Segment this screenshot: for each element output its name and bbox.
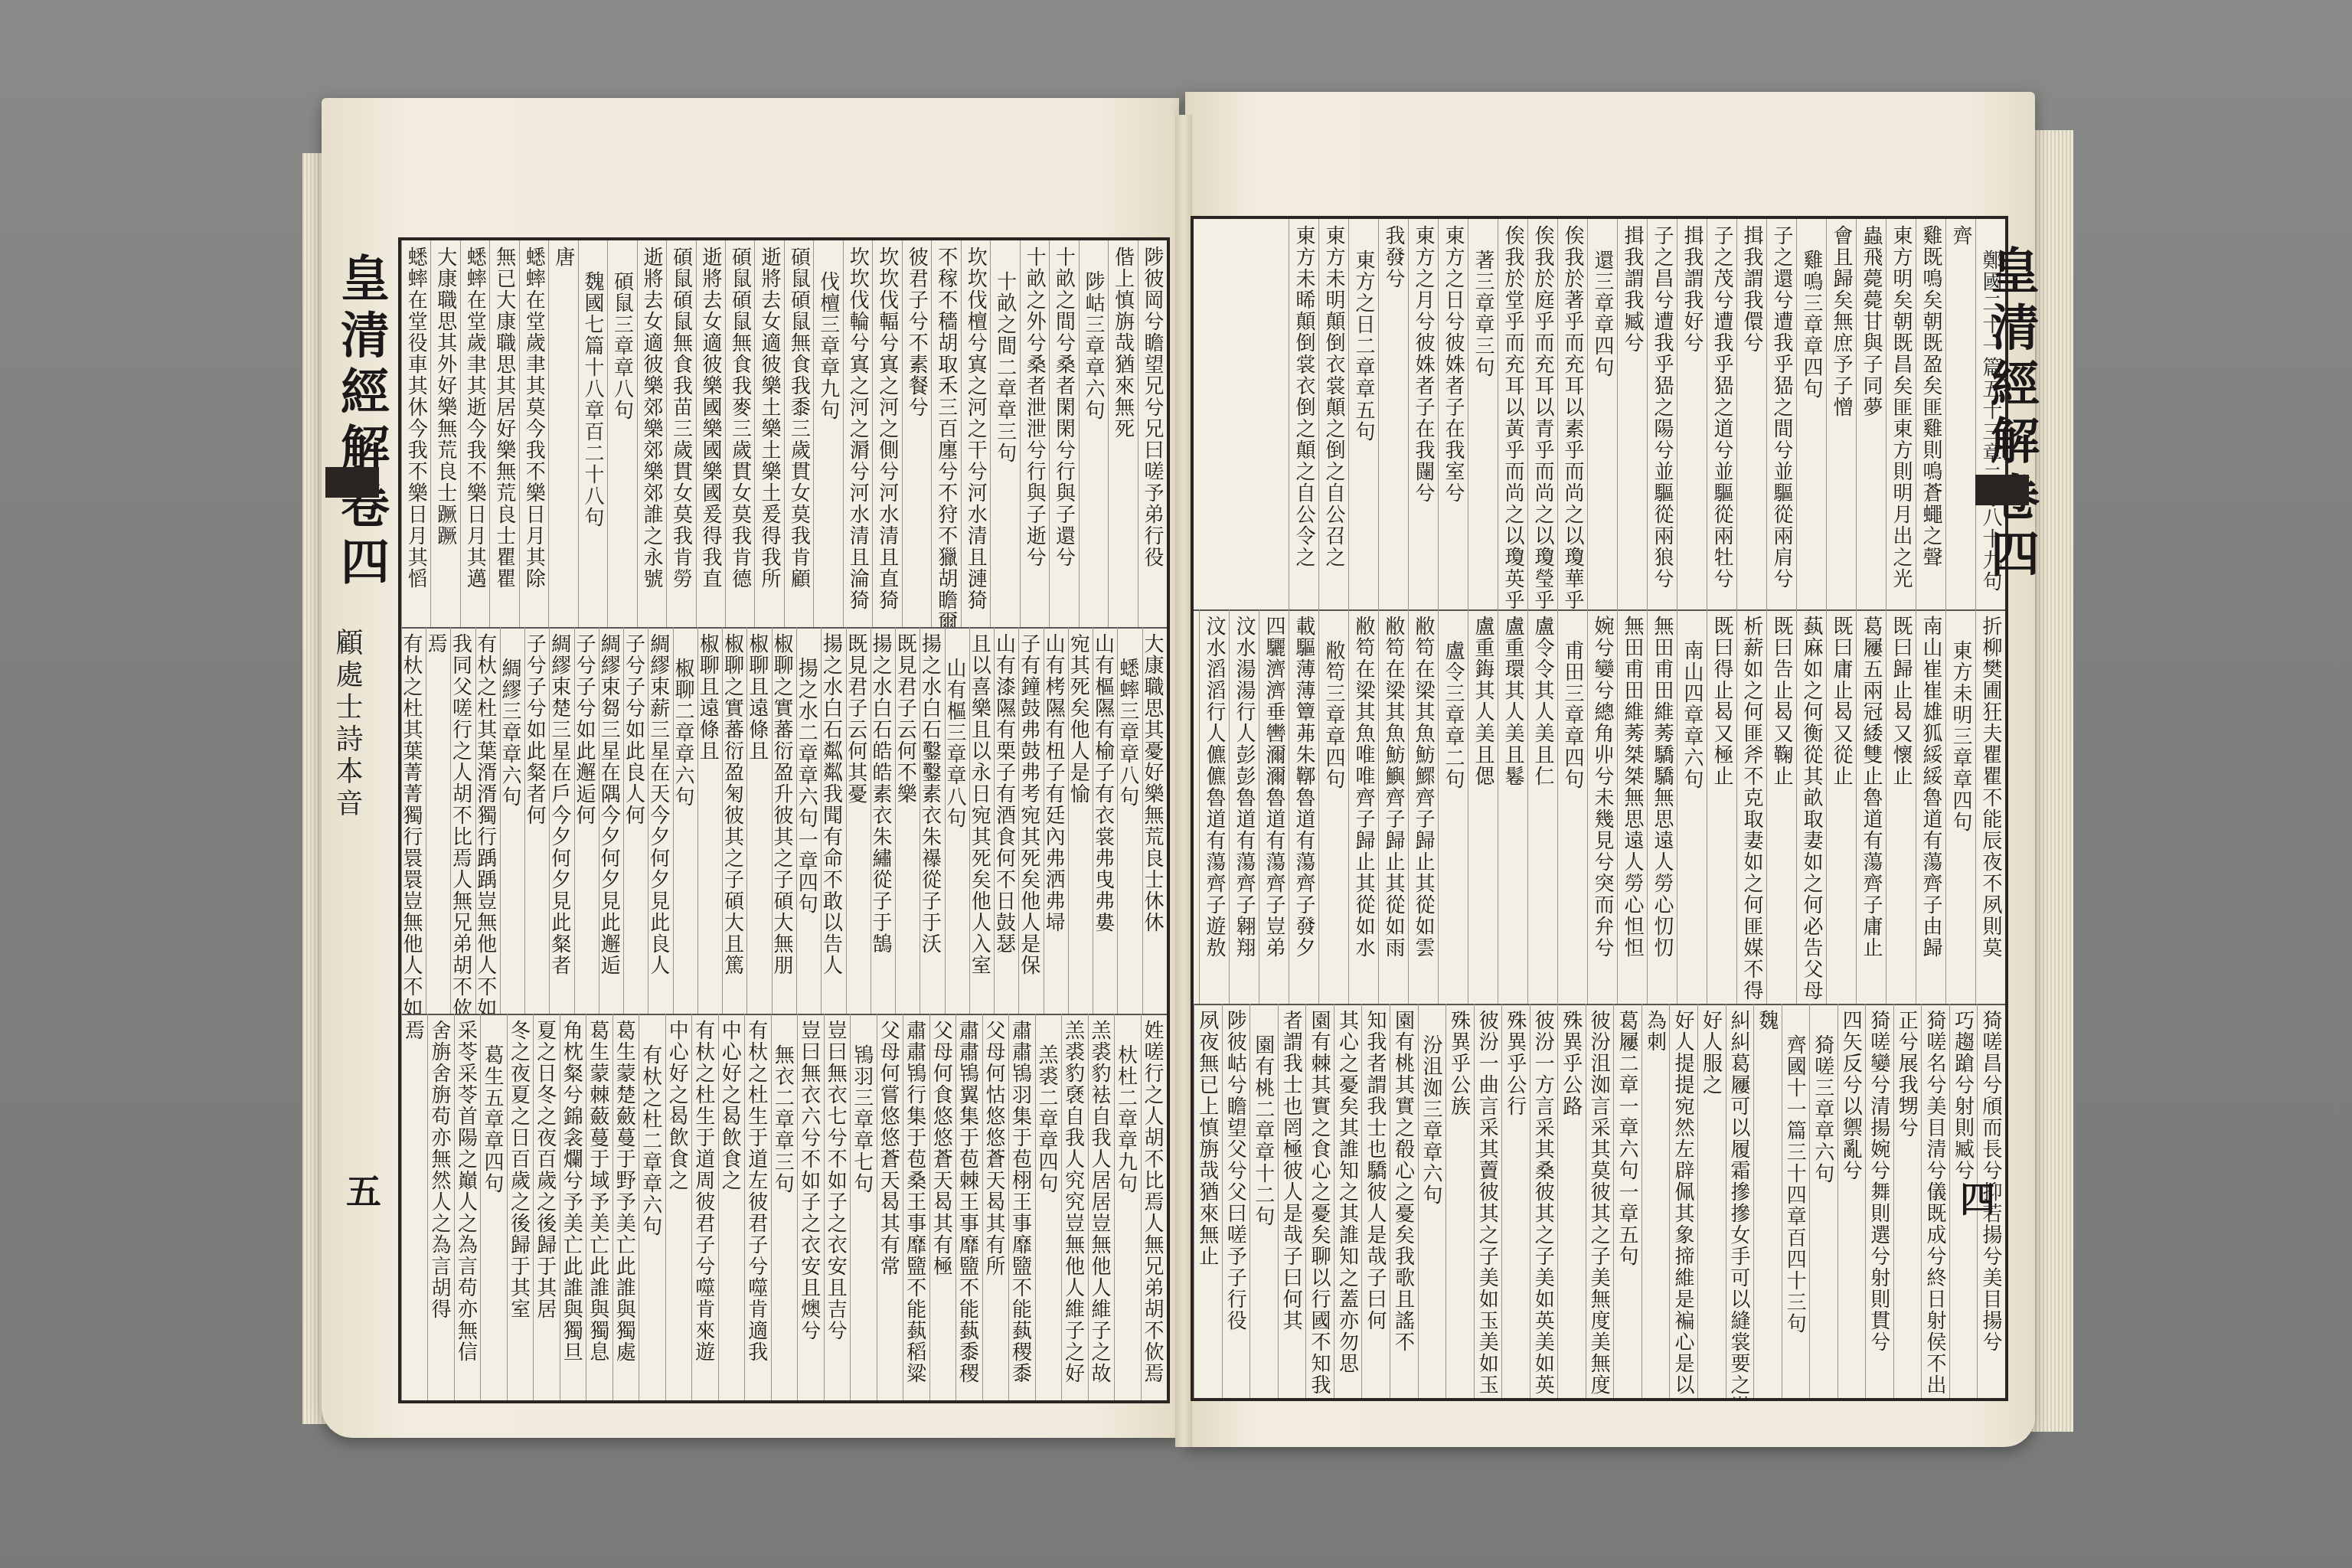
text-column: 山有栲隰有杻子有廷內弗洒弗埽: [1044, 627, 1068, 1014]
page-number-left: 五: [346, 1164, 381, 1214]
text-column: 有杕之杜其葉菁菁獨行睘睘豈無他人不如我同: [401, 627, 426, 1014]
text-column: 山有漆隰有栗子有酒食何不日鼓瑟: [994, 627, 1018, 1014]
text-column: 中心好之曷飲食之: [665, 1014, 691, 1400]
text-column: 父母何怙悠悠蒼天曷其有所: [982, 1014, 1008, 1400]
text-column: 知我者謂我士也驕彼人是哉子曰何: [1361, 1004, 1390, 1398]
text-column: 既曰得止曷又極止: [1707, 609, 1736, 1004]
text-column: 東方之日兮彼姝者子在我室兮: [1438, 219, 1468, 609]
text-column: 宛其死矣他人是愉: [1068, 627, 1093, 1014]
text-column: 揚之水二章章六句一章四句: [796, 627, 821, 1014]
text-column: 不稼不穡胡取禾三百廛兮不狩不獵胡瞻爾庭有縣貆兮: [931, 240, 960, 627]
text-column: 盧重鋂其人美且偲: [1468, 609, 1498, 1004]
text-column: 敝笱在梁其魚魴鱮齊子歸止其從如雨: [1378, 609, 1408, 1004]
text-column: 椒聊且遠條且: [697, 627, 722, 1014]
text-column: 俟我於堂乎而充耳以黃乎而尚之以瓊英乎而: [1498, 219, 1527, 609]
text-column: 葛生蒙棘蘞蔓于域予美亡此誰與獨息: [586, 1014, 612, 1400]
text-column: 猗嗟孌兮清揚婉兮舞則選兮射則貫兮: [1865, 1004, 1893, 1398]
text-column: 子有鐘鼓弗鼓弗考宛其死矣他人是保: [1018, 627, 1043, 1014]
text-column: 甫田三章章四句: [1557, 609, 1587, 1004]
text-column: 揚之水白石皓皓素衣朱繡從子于鵠: [871, 627, 895, 1014]
text-column: 糾糾葛屨可以履霜摻摻女手可以縫裳要之襋之: [1726, 1004, 1754, 1398]
text-column: 伐檀三章章九句: [813, 240, 842, 627]
text-column: 東方未明顛倒衣裳顛之倒之自公召之: [1318, 219, 1348, 609]
left-tier-bottom: 姓嗟行之人胡不比焉人無兄弟胡不佽焉杕杜二章章九句羔裘豹袪自我人居居豈無他人維子之…: [401, 1014, 1167, 1400]
text-column: 東方明矣朝既昌矣匪東方則明月出之光: [1886, 219, 1916, 609]
text-column: 有杕之杜其葉湑湑獨行踽踽豈無他人不如: [475, 627, 500, 1014]
text-column: 還三章章四句: [1587, 219, 1617, 609]
text-column: 我發兮: [1378, 219, 1408, 609]
right-tier-top: 鄭國二十一篇五十三章二百八十九句齊雞既鳴矣朝既盈矣匪雞則鳴蒼蠅之聲東方明矣朝既昌…: [1194, 219, 2005, 611]
text-column: 陟彼岵兮瞻望父兮父曰嗟予子行役: [1222, 1004, 1250, 1398]
text-column: 東方未晞顛倒裳衣倒之顛之自公令之: [1289, 219, 1318, 609]
text-column: 葛生五章章四句: [480, 1014, 506, 1400]
right-margin-series-title: 皇清經解卷四: [1975, 245, 2046, 585]
text-column: 椒聊且遠條且: [746, 627, 771, 1014]
text-column: 彼汾沮洳言采其莫彼其之子美無度美無度: [1586, 1004, 1614, 1398]
text-column: 肅肅鴇行集于苞桑王事靡盬不能蓺稻粱: [903, 1014, 929, 1400]
text-column: 十畝之間兮桑者閑閑兮行與子還兮: [1049, 240, 1078, 627]
text-column: 揚之水白石鑿鑿素衣朱襮從子于沃: [920, 627, 944, 1014]
text-column: 為刺: [1641, 1004, 1670, 1398]
text-column: 齊: [1945, 219, 1975, 609]
text-column: 載驅薄薄簟茀朱鞹魯道有蕩齊子發夕: [1289, 609, 1318, 1004]
text-column: 俟我於著乎而充耳以素乎而尚之以瓊華乎而: [1557, 219, 1587, 609]
text-column: 碩鼠三章章八句: [607, 240, 636, 627]
text-column: 南山崔崔雄狐綏綏魯道有蕩齊子由歸: [1916, 609, 1945, 1004]
text-column: 逝將去女適彼樂國樂國樂國爰得我直: [696, 240, 725, 627]
text-column: 園有棘其實之食心之憂矣聊以行國不知我: [1305, 1004, 1334, 1398]
page-number-right: 四: [1960, 1171, 1995, 1222]
text-column: 焉: [426, 627, 450, 1014]
text-column: 蓺麻如之何衡從其畝取妻如之何必告父母: [1796, 609, 1826, 1004]
text-column: 著三章章三句: [1468, 219, 1498, 609]
text-column: 園有桃二章章十二句: [1249, 1004, 1278, 1398]
text-column: 椒聊二章章六句: [673, 627, 697, 1014]
text-column: 焉: [401, 1014, 427, 1400]
text-column: 其心之憂矣其誰知之其誰知之蓋亦勿思: [1334, 1004, 1362, 1398]
text-column: 揖我謂我臧兮: [1617, 219, 1647, 609]
text-column: 陟岵三章章六句: [1079, 240, 1108, 627]
text-column: 子之昌兮遭我乎峱之陽兮並驅從兩狼兮: [1647, 219, 1677, 609]
text-column: 揚之水白石粼粼我聞有命不敢以告人: [821, 627, 845, 1014]
text-column: 殊異乎公行: [1501, 1004, 1530, 1398]
text-column: 南山四章章六句: [1677, 609, 1707, 1004]
text-column: 蟲飛薨薨甘與子同夢: [1856, 219, 1886, 609]
text-column: 采苓采苓首陽之巔人之為言苟亦無信: [454, 1014, 480, 1400]
text-column: 山有樞三章章八句: [945, 627, 969, 1014]
text-column: 魏: [1753, 1004, 1782, 1398]
text-column: 羔裘二章章四句: [1035, 1014, 1061, 1400]
text-column: 葛生蒙楚蘞蔓于野予美亡此誰與獨處: [612, 1014, 639, 1400]
text-column: 子之還兮遭我乎峱之間兮並驅從兩肩兮: [1766, 219, 1796, 609]
text-column: 父母何嘗悠悠蒼天曷其有常: [877, 1014, 903, 1400]
text-column: 碩鼠碩鼠無食我黍三歲貫女莫我肯顧: [784, 240, 813, 627]
text-column: 大康職思其憂好樂無荒良士休休: [1142, 627, 1167, 1014]
text-column: 無已大康職思其居好樂無荒良士瞿瞿: [489, 240, 518, 627]
text-column: 雞鳴三章章四句: [1796, 219, 1826, 609]
text-column: 殊異乎公路: [1557, 1004, 1586, 1398]
text-column: 坎坎伐檀兮寘之河之干兮河水清且漣猗: [961, 240, 990, 627]
text-column: 有杕之杜生于道左彼君子兮噬肯適我: [744, 1014, 770, 1400]
text-column: 者謂我士也罔極彼人是哉子曰何其: [1278, 1004, 1306, 1398]
text-column: 椒聊之實蕃衍盈升彼其之子碩大無朋: [772, 627, 796, 1014]
text-column: 好人提提宛然左辟佩其象揥維是褊心是以: [1669, 1004, 1697, 1398]
text-column: 東方未明三章章四句: [1945, 609, 1975, 1004]
text-column: 汾沮洳三章章六句: [1418, 1004, 1446, 1398]
text-column: 中心好之曷飲食之: [718, 1014, 744, 1400]
text-column: 逝將去女適彼樂郊樂郊樂郊誰之永號: [637, 240, 666, 627]
text-column: 揖我謂我儇兮: [1736, 219, 1766, 609]
text-column: 既曰告止曷又鞠止: [1766, 609, 1796, 1004]
text-column: 猗嗟三章章六句: [1809, 1004, 1837, 1398]
text-column: 蟋蟀在堂役車其休今我不樂日月其慆: [401, 240, 430, 627]
text-column: 既見君子云何不樂: [895, 627, 920, 1014]
text-column: 且以喜樂且以永日宛其死矣他人入室: [969, 627, 994, 1014]
left-margin-series-title: 皇清經解卷四: [325, 253, 396, 593]
text-column: 夏之日冬之夜百歲之後歸于其居: [533, 1014, 559, 1400]
text-column: 盧令三章章二句: [1438, 609, 1468, 1004]
text-column: 角枕粲兮錦衾爛兮予美亡此誰與獨旦: [560, 1014, 586, 1400]
text-column: 逝將去女適彼樂土樂土樂土爰得我所: [754, 240, 783, 627]
text-column: 舍旃舍旃苟亦無然人之為言胡得: [427, 1014, 453, 1400]
text-column: 無衣二章章三句: [771, 1014, 797, 1400]
text-column: 雞既鳴矣朝既盈矣匪雞則鳴蒼蠅之聲: [1916, 219, 1945, 609]
text-column: 偕上慎旃哉猶來無死: [1108, 240, 1137, 627]
text-column: 坎坎伐輻兮寘之河之側兮河水清且直猗: [872, 240, 901, 627]
text-column: 四矢反兮以禦亂兮: [1837, 1004, 1866, 1398]
text-column: 汶水滔滔行人儦儦魯道有蕩齊子遊敖: [1199, 609, 1229, 1004]
text-column: 蟋蟀在堂歲聿其莫今我不樂日月其除: [519, 240, 548, 627]
right-tier-middle: 折柳樊圃狂夫瞿瞿不能辰夜不夙則莫東方未明三章章四句南山崔崔雄狐綏綏魯道有蕩齊子由…: [1194, 609, 2005, 1005]
text-column: 既曰歸止曷又懷止: [1886, 609, 1916, 1004]
text-column: 彼汾一曲言采其藚彼其之子美如玉美如玉: [1474, 1004, 1502, 1398]
text-column: 盧重環其人美且鬈: [1498, 609, 1527, 1004]
text-column: 有杕之杜二章章六句: [639, 1014, 665, 1400]
text-column: 綢繆三章章六句: [500, 627, 524, 1014]
text-column: 析薪如之何匪斧不克取妻如之何匪媒不得: [1736, 609, 1766, 1004]
text-column: 盧令令其人美且仁: [1527, 609, 1557, 1004]
right-tier-bottom: 猗嗟昌兮頎而長兮抑若揚兮美目揚兮巧趨蹌兮射則臧兮猗嗟名兮美目清兮儀既成兮終日射侯…: [1194, 1004, 2005, 1398]
text-column: 猗嗟名兮美目清兮儀既成兮終日射侯不出: [1921, 1004, 1949, 1398]
text-column: 陟彼岡兮瞻望兄兮兄曰嗟予弟行役: [1138, 240, 1167, 627]
series-title-text: 皇清經解: [332, 253, 390, 479]
text-column: 折柳樊圃狂夫瞿瞿不能辰夜不夙則莫: [1975, 609, 2005, 1004]
text-column: 殊異乎公族: [1445, 1004, 1474, 1398]
text-column: 齊國十一篇三十四章百四十三句: [1782, 1004, 1810, 1398]
left-tier-top: 陟彼岡兮瞻望兄兮兄曰嗟予弟行役偕上慎旃哉猶來無死陟岵三章章六句十畝之間兮桑者閑閑…: [401, 240, 1167, 629]
text-column: 羔裘豹袪自我人居居豈無他人維子之故: [1088, 1014, 1114, 1400]
text-column: 無田甫田維莠驕驕無思遠人勞心忉忉: [1647, 609, 1677, 1004]
text-column: 敝笱三章章四句: [1318, 609, 1348, 1004]
text-column: 豈曰無衣六兮不如子之衣安且燠兮: [797, 1014, 823, 1400]
text-column: 我同父嗟行之人胡不比焉人無兄弟胡不佽: [450, 627, 475, 1014]
text-column: 魏國七篇十八章百二十八句: [578, 240, 607, 627]
text-column: 蟋蟀三章章八句: [1117, 627, 1142, 1014]
book-gutter: [1175, 115, 1192, 1447]
text-column: 豈曰無衣七兮不如子之衣安且吉兮: [824, 1014, 850, 1400]
text-column: 敝笱在梁其魚魴鰥齊子歸止其從如雲: [1408, 609, 1438, 1004]
text-column: 好人服之: [1697, 1004, 1726, 1398]
text-column: 十畝之間二章章三句: [990, 240, 1019, 627]
work-title: 顧處士詩本音: [328, 628, 367, 821]
text-column: 無田甫田維莠桀桀無思遠人勞心怛怛: [1617, 609, 1647, 1004]
left-page-frame: 陟彼岡兮瞻望兄兮兄曰嗟予弟行役偕上慎旃哉猶來無死陟岵三章章六句十畝之間兮桑者閑閑…: [398, 237, 1170, 1403]
text-column: 綢繆束芻三星在隅今夕何夕見此邂逅: [599, 627, 623, 1014]
text-column: 既見君子云何其憂: [846, 627, 871, 1014]
text-column: 子兮子兮如此粲者何: [524, 627, 549, 1014]
text-column: 子之茂兮遭我乎峱之道兮並驅從兩牡兮: [1707, 219, 1736, 609]
text-column: 肅肅鴇翼集于苞棘王事靡盬不能蓺黍稷: [955, 1014, 982, 1400]
text-column: 肅肅鴇羽集于苞栩王事靡盬不能蓺稷黍: [1008, 1014, 1034, 1400]
text-column: 正兮展我甥兮: [1893, 1004, 1922, 1398]
text-column: 揖我謂我好兮: [1677, 219, 1707, 609]
text-column: 敝笱在梁其魚唯唯齊子歸止其從如水: [1348, 609, 1378, 1004]
text-column: 蟋蟀在堂歲聿其逝今我不樂日月其邁: [460, 240, 489, 627]
text-column: 葛屨二章一章六句一章五句: [1613, 1004, 1641, 1398]
text-column: 坎坎伐輪兮寘之河之漘兮河水清且淪猗: [843, 240, 872, 627]
text-column: 綢繆束楚三星在戶今夕何夕見此粲者: [549, 627, 573, 1014]
text-column: 既曰庸止曷又從止: [1826, 609, 1856, 1004]
text-column: 十畝之外兮桑者泄泄兮行與子逝兮: [1020, 240, 1049, 627]
text-column: 山有樞隰有榆子有衣裳弗曳弗婁: [1093, 627, 1117, 1014]
text-column: 四驪濟濟垂轡濔濔魯道有蕩齊子豈弟: [1259, 609, 1289, 1004]
text-column: 葛屨五兩冠緌雙止魯道有蕩齊子庸止: [1856, 609, 1886, 1004]
series-title-text: 皇清經解: [1982, 245, 2040, 472]
text-column: 婉兮孌兮總角丱兮未幾見兮突而弁兮: [1587, 609, 1617, 1004]
text-column: 有杕之杜生于道周彼君子兮噬肯來遊: [691, 1014, 717, 1400]
text-column: 碩鼠碩鼠無食我麥三歲貫女莫我肯德: [725, 240, 754, 627]
text-column: 東方之日二章章五句: [1348, 219, 1378, 609]
text-column: 子兮子兮如此良人何: [623, 627, 648, 1014]
text-column: 園有桃其實之殽心之憂矣我歌且謠不: [1390, 1004, 1418, 1398]
text-column: 羔裘豹褎自我人究究豈無他人維子之好: [1061, 1014, 1087, 1400]
right-page-frame: 鄭國二十一篇五十三章二百八十九句齊雞既鳴矣朝既盈矣匪雞則鳴蒼蠅之聲東方明矣朝既昌…: [1191, 216, 2008, 1401]
text-column: 杕杜二章章九句: [1114, 1014, 1140, 1400]
text-column: 碩鼠碩鼠無食我苗三歲貫女莫我肯勞: [666, 240, 695, 627]
text-column: 唐: [548, 240, 577, 627]
text-column: 綢繆束薪三星在天今夕何夕見此良人: [648, 627, 672, 1014]
text-column: 東方之月兮彼姝者子在我闥兮: [1408, 219, 1438, 609]
text-column: 椒聊之實蕃衍盈匊彼其之子碩大且篤: [722, 627, 746, 1014]
text-column: 姓嗟行之人胡不比焉人無兄弟胡不佽焉: [1141, 1014, 1167, 1400]
text-column: 汶水湯湯行人彭彭魯道有蕩齊子翱翔: [1229, 609, 1259, 1004]
left-tier-middle: 大康職思其憂好樂無荒良士休休蟋蟀三章章八句山有樞隰有榆子有衣裳弗曳弗婁宛其死矣他…: [401, 627, 1167, 1015]
text-column: 冬之夜夏之日百歲之後歸于其室: [507, 1014, 533, 1400]
text-column: 大康職思其外好樂無荒良士蹶蹶: [430, 240, 459, 627]
fish-tail-mark-right: [1975, 475, 2029, 505]
text-column: 俟我於庭乎而充耳以青乎而尚之以瓊瑩乎而: [1527, 219, 1557, 609]
text-column: 鴇羽三章章七句: [850, 1014, 876, 1400]
text-column: 父母何食悠悠蒼天曷其有極: [929, 1014, 955, 1400]
text-column: 夙夜無已上慎旃哉猶來無止: [1194, 1004, 1222, 1398]
text-column: 會且歸矣無庶予子憎: [1826, 219, 1856, 609]
fish-tail-mark-left: [325, 467, 379, 498]
text-column: 子兮子兮如此邂逅何: [574, 627, 599, 1014]
text-column: 彼汾一方言采其桑彼其之子美如英美如英: [1530, 1004, 1558, 1398]
text-column: 彼君子兮不素餐兮: [902, 240, 931, 627]
